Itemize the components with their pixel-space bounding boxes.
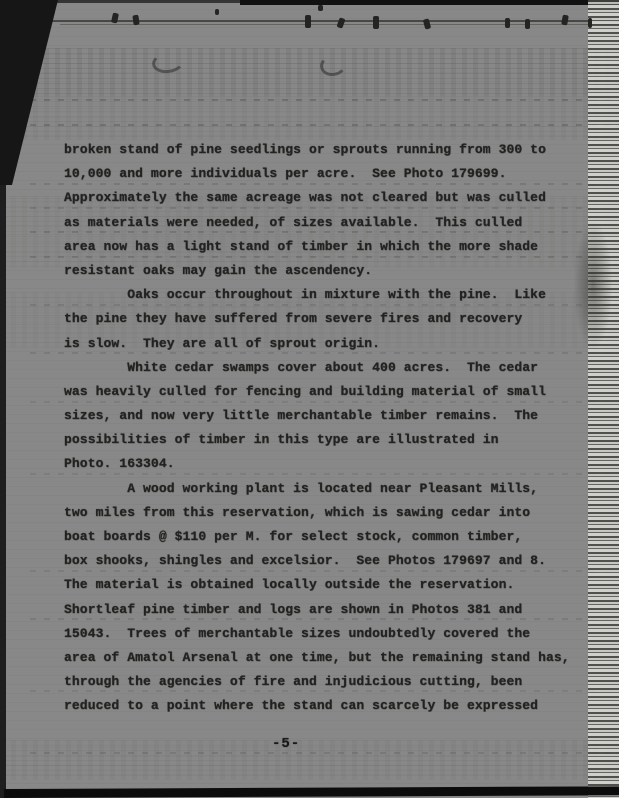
- text-line: White cedar swamps cover about 400 acres…: [64, 356, 604, 380]
- text-line: possibilities of timber in this type are…: [64, 428, 604, 452]
- scanner-edge-top-dark: [240, 0, 619, 5]
- ink-blob: [305, 15, 311, 28]
- text-line: the pine they have suffered from severe …: [64, 307, 604, 331]
- ink-blob: [373, 16, 379, 29]
- text-line: Oaks occur throughout in mixture with th…: [64, 283, 604, 307]
- scan-noise-band: [0, 96, 619, 140]
- text-line: A wood working plant is located near Ple…: [64, 477, 604, 501]
- scan-noise-band: [0, 48, 619, 96]
- ink-blob: [132, 15, 139, 26]
- ink-blob: [318, 5, 323, 11]
- scan-dash-line: [30, 124, 619, 126]
- scanned-page: broken stand of pine seedlings or sprout…: [0, 0, 619, 798]
- scan-artifact-line: [34, 20, 619, 22]
- text-line: boat boards @ $110 per M. for select sto…: [64, 525, 604, 549]
- scan-dash-line: [30, 99, 619, 101]
- text-line: reduced to a point where the stand can s…: [64, 694, 604, 718]
- text-line: resistant oaks may gain the ascendency.: [64, 259, 604, 283]
- text-line: Approximately the same acreage was not c…: [64, 186, 604, 210]
- text-line: The material is obtained locally outside…: [64, 573, 604, 597]
- text-line: as materials were needed, of sizes avail…: [64, 211, 604, 235]
- ink-blob: [588, 18, 592, 28]
- ink-blob: [336, 17, 345, 28]
- text-line: Shortleaf pine timber and logs are shown…: [64, 598, 604, 622]
- scan-noise-band: [0, 740, 619, 780]
- text-line: 15043. Trees of merchantable sizes undou…: [64, 622, 604, 646]
- text-line: was heavily culled for fencing and build…: [64, 380, 604, 404]
- ink-blob: [505, 18, 510, 28]
- text-line: area of Amatol Arsenal at one time, but …: [64, 646, 604, 670]
- page-number: -5-: [272, 736, 300, 752]
- scan-dash-line: [30, 752, 619, 754]
- ink-blob: [525, 19, 530, 29]
- text-line: Photo. 163304.: [64, 452, 604, 476]
- text-line: area now has a light stand of timber in …: [64, 235, 604, 259]
- text-line: two miles from this reservation, which i…: [64, 501, 604, 525]
- text-line: 10,000 and more individuals per acre. Se…: [64, 162, 604, 186]
- text-line: through the agencies of fire and injudic…: [64, 670, 604, 694]
- ink-blob: [215, 9, 219, 15]
- text-line: broken stand of pine seedlings or sprout…: [64, 138, 604, 162]
- scanner-edge-bottom: [4, 786, 619, 798]
- text-line: is slow. They are all of sprout origin.: [64, 332, 604, 356]
- document-body: broken stand of pine seedlings or sprout…: [64, 138, 604, 719]
- text-line: sizes, and now very little merchantable …: [64, 404, 604, 428]
- text-line: box shooks, shingles and excelsior. See …: [64, 549, 604, 573]
